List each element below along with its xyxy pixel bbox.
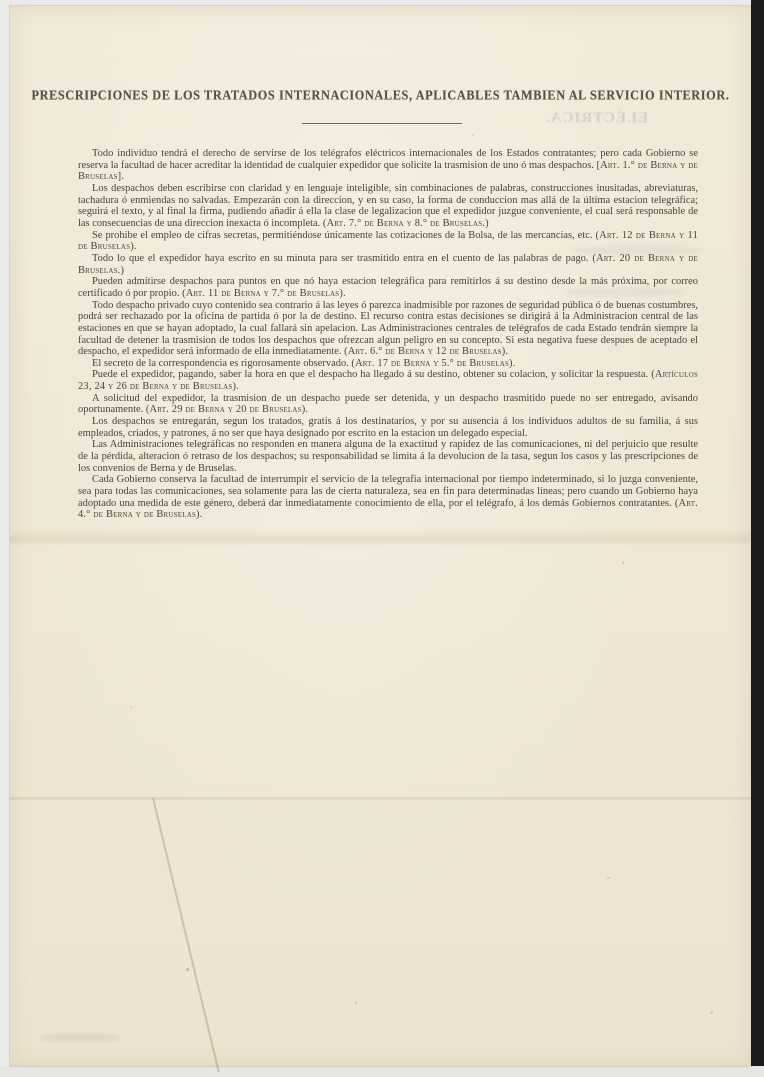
paragraph: Todo individuo tendrá el derecho de serv… (78, 148, 698, 183)
paragraph-text: Todo lo que el expedidor haya escrito en… (92, 253, 589, 264)
article-citation: (Art. 7.° de Berna y 8.° de Bruselas.) (323, 218, 489, 229)
paragraph: A solicitud del expedidor, la trasmision… (78, 393, 698, 416)
show-through-smudge (40, 1034, 120, 1042)
foxing-spot (607, 877, 610, 879)
article-citation: (Art. 11 de Berna y 7.° de Bruselas). (182, 288, 346, 299)
paragraph: Se prohibe el empleo de cifras secretas,… (78, 230, 698, 253)
paragraph-text: El secreto de la correspondencia es rigo… (92, 358, 349, 369)
paragraph: Los despachos deben escribirse con clari… (78, 183, 698, 230)
paragraph-text: Pueden admitirse despachos para puntos e… (78, 276, 698, 299)
paragraph: Pueden admitirse despachos para puntos e… (78, 276, 698, 299)
foxing-spot (472, 134, 474, 136)
foxing-spot (130, 706, 132, 708)
article-citation: (Art. 29 de Berna y 20 de Bruselas). (146, 404, 308, 415)
foxing-spot (690, 426, 692, 428)
paragraph: Cada Gobierno conserva la facultad de in… (78, 474, 698, 521)
article-citation: (Art. 6.° de Berna y 12 de Bruselas). (344, 346, 508, 357)
show-through-text: ELÉCTRICA. (558, 110, 648, 127)
foxing-spot (355, 1002, 357, 1004)
scanner-edge-bottom (0, 1066, 764, 1077)
scanner-edge-right (751, 0, 764, 1077)
document-title: PRESCRIPCIONES DE LOS TRATADOS INTERNACI… (10, 87, 751, 103)
document-body: Todo individuo tendrá el derecho de serv… (78, 148, 698, 521)
paragraph-text: Puede el expedidor, pagando, saber la ho… (92, 369, 648, 380)
fold-crease-horizontal (10, 530, 751, 546)
title-divider (302, 123, 462, 124)
paragraph: Todo lo que el expedidor haya escrito en… (78, 253, 698, 276)
paragraph: Todo despacho privado cuyo contenido sea… (78, 300, 698, 358)
foxing-spot (186, 968, 189, 971)
paragraph: Puede el expedidor, pagando, saber la ho… (78, 369, 698, 392)
fold-crease-horizontal (10, 796, 751, 801)
paragraph-text: Los despachos se entregarán, segun los t… (78, 416, 698, 439)
paragraph: Las Administraciones telegráficas no res… (78, 439, 698, 474)
paragraph-text: Se prohibe el empleo de cifras secretas,… (92, 230, 592, 241)
foxing-spot (710, 1011, 713, 1014)
paragraph-text: Cada Gobierno conserva la facultad de in… (78, 474, 698, 508)
paper-sheet: PRESCRIPCIONES DE LOS TRATADOS INTERNACI… (10, 6, 751, 1066)
paragraph-text: Las Administraciones telegráficas no res… (78, 439, 698, 473)
paragraph: Los despachos se entregarán, segun los t… (78, 416, 698, 439)
paragraph: El secreto de la correspondencia es rigo… (78, 358, 698, 370)
stray-ink-mark: , (622, 555, 624, 565)
fold-crease-vertical (152, 798, 219, 1073)
article-citation: (Art. 17 de Berna y 5.° de Bruselas). (351, 358, 515, 369)
